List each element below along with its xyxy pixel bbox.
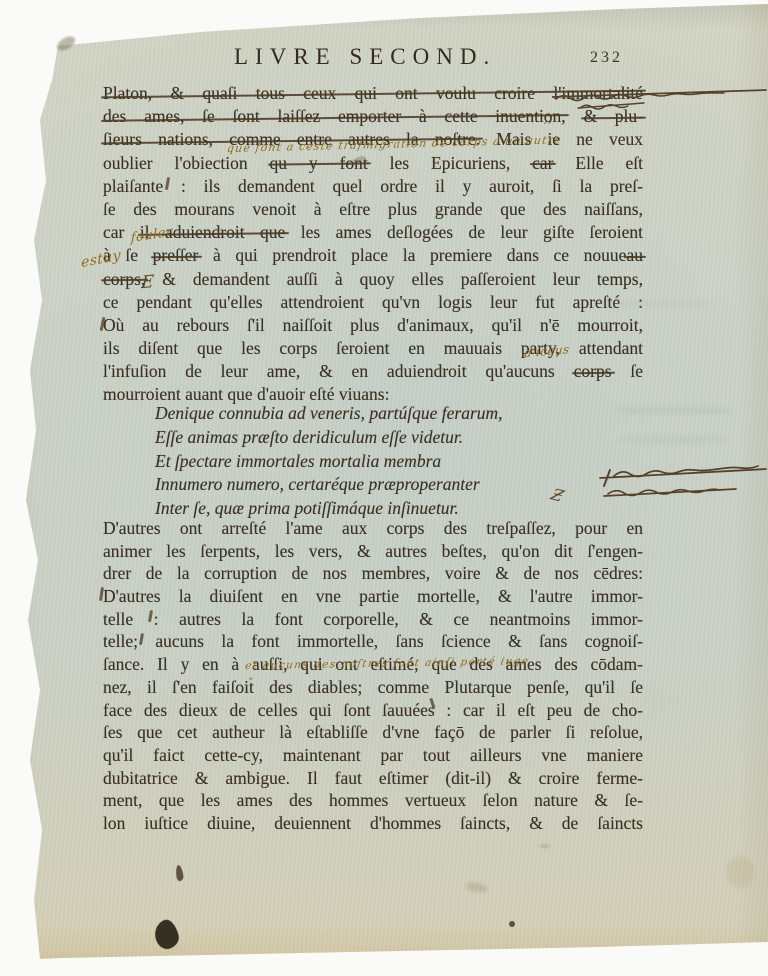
print-line: corps, & demandent auſſi à quoy elles pa… — [103, 268, 643, 291]
print-text: Innumero numero, certaréque præproperant… — [155, 474, 480, 494]
showthrough-1 — [614, 407, 732, 414]
print-text: les Epicuriens, — [368, 153, 532, 173]
print-line: D'autres la diuiſent en vne partie morte… — [103, 585, 643, 608]
paragraph-2: D'autres ont arreſté l'ame aux corps des… — [103, 517, 643, 835]
print-text: Et ſpectare immortales mortalia membra — [155, 451, 441, 471]
print-text: à qui prendroit place la premiere dans c… — [198, 245, 626, 265]
print-line: nez, il ſ'en faiſoit des diables; comme … — [103, 676, 643, 699]
struck-print-text: au — [626, 245, 643, 265]
print-line: dubitatrice & ambigue. Il faut eſtimer (… — [103, 767, 643, 790]
print-text: nez, il ſ'en faiſoit des diables; comme … — [103, 677, 643, 697]
print-text: plaiſante : ils demandent quel ordre il … — [103, 176, 643, 196]
struck-marginal-note-verse-icon — [596, 462, 768, 508]
print-text: D'autres ont arreſté l'ame aux corps des… — [103, 518, 643, 538]
print-line: Eſſe animas præſto deridiculum eſſe vide… — [155, 426, 625, 450]
print-text: drer de la corruption de nos membres, vo… — [103, 563, 643, 583]
page-content: LIVRE SECOND. 232 Platon, & quaſi tous c… — [0, 0, 768, 976]
print-text: dubitatrice & ambigue. Il faut eſtimer (… — [103, 768, 643, 788]
struck-print-text: corps — [574, 361, 612, 381]
print-line: ce pendant qu'elles attendroient qu'vn l… — [103, 291, 643, 314]
running-header: LIVRE SECOND. — [234, 44, 496, 70]
paragraph-1: Platon, & quaſi tous ceux qui ont voulu … — [103, 82, 643, 407]
print-text: telle : autres la font corporelle, & ce … — [103, 609, 643, 629]
print-text: Elle eſt — [554, 153, 643, 173]
scanned-book-page: LIVRE SECOND. 232 Platon, & quaſi tous c… — [0, 0, 768, 976]
print-text: Eſſe animas præſto deridiculum eſſe vide… — [155, 427, 463, 447]
print-line: ment, que les ames des hommes vertueux ſ… — [103, 789, 643, 812]
struck-print-text: corps, — [103, 269, 145, 289]
print-line: telle : autres la font corporelle, & ce … — [103, 608, 643, 631]
stain-faint-3 — [726, 856, 754, 888]
print-text: Denique connubia ad veneris, partúſque f… — [155, 403, 503, 423]
print-text: Inter ſe, quæ prima potiſſimáque inſinue… — [155, 498, 459, 518]
print-text: ſe — [612, 361, 643, 381]
print-line: plaiſante : ils demandent quel ordre il … — [103, 175, 643, 198]
print-text: ce pendant qu'elles attendroient qu'vn l… — [103, 292, 643, 312]
showthrough-3 — [610, 300, 710, 307]
print-line: oublier l'obiection qu y font les Epicur… — [103, 152, 643, 175]
print-text: face des dieux de celles qui ſont ſauuée… — [103, 700, 643, 720]
page-number: 232 — [590, 49, 623, 67]
corner-fold-shadow — [55, 34, 78, 54]
ink-drip — [175, 865, 184, 882]
print-line: Denique connubia ad veneris, partúſque f… — [155, 402, 625, 426]
print-line: face des dieux de celles qui ſont ſauuée… — [103, 699, 643, 722]
stain-faint-2 — [540, 844, 550, 848]
struck-print-text: des ames, ſe ſont laiſſez emporter à cet… — [103, 106, 566, 126]
showthrough-2 — [618, 436, 728, 443]
print-line: ſe des mourans venoit à eſtre plus grand… — [103, 198, 643, 221]
print-line: Et ſpectare immortales mortalia membra — [155, 450, 625, 474]
print-text: animer les ſerpents, les vers, & autres … — [103, 541, 643, 561]
print-text: les ames deſlogées de leur giſte ſeroien… — [285, 222, 643, 242]
print-line: telle; aucuns la font immortelle, ſans ſ… — [103, 630, 643, 653]
ink-dot — [509, 921, 515, 927]
print-text: ment, que les ames des hommes vertueux ſ… — [103, 790, 643, 810]
print-line: l'infuſion de leur ame, & en aduiendroit… — [103, 360, 643, 383]
print-text: & demandent auſſi à quoy elles paſſeroie… — [145, 269, 643, 289]
print-line: D'autres ont arreſté l'ame aux corps des… — [103, 517, 643, 540]
struck-print-text: car — [532, 153, 553, 173]
print-line: Où au rebours ſ'il naiſſoit plus d'anima… — [103, 314, 643, 337]
print-text: lon iuſtice diuine, deuiennent d'hommes … — [103, 813, 643, 833]
struck-marginal-note-top-icon — [552, 84, 768, 114]
print-line: drer de la corruption de nos membres, vo… — [103, 562, 643, 585]
print-text: ſes que cet autheur là eſtabliſſe d'vne … — [103, 722, 643, 742]
print-line: lon iuſtice diuine, deuiennent d'hommes … — [103, 812, 643, 835]
ink-blot-large — [152, 918, 182, 952]
print-line: qu'il faict cette-cy, maintenant par tou… — [103, 744, 643, 767]
print-text: qu'il faict cette-cy, maintenant par tou… — [103, 745, 643, 765]
print-text: ſe des mourans venoit à eſtre plus grand… — [103, 199, 643, 219]
print-line: car il aduiendroit que les ames deſlogée… — [103, 221, 643, 244]
print-text: D'autres la diuiſent en vne partie morte… — [103, 586, 643, 606]
print-line: ſes que cet autheur là eſtabliſſe d'vne … — [103, 721, 643, 744]
print-text: l'infuſion de leur ame, & en aduiendroit… — [103, 361, 574, 381]
print-text: telle; aucuns la font immortelle, ſans ſ… — [103, 631, 643, 651]
print-line: à ſe preſſer à qui prendroit place la pr… — [103, 244, 643, 267]
struck-print-text: preſſer — [153, 245, 199, 265]
print-text: oublier l'obiection — [103, 153, 270, 173]
print-line: animer les ſerpents, les vers, & autres … — [103, 540, 643, 563]
print-text: Où au rebours ſ'il naiſſoit plus d'anima… — [103, 315, 643, 335]
overwrite-letter-E: E — [141, 272, 155, 294]
stain-faint-1 — [465, 881, 488, 894]
